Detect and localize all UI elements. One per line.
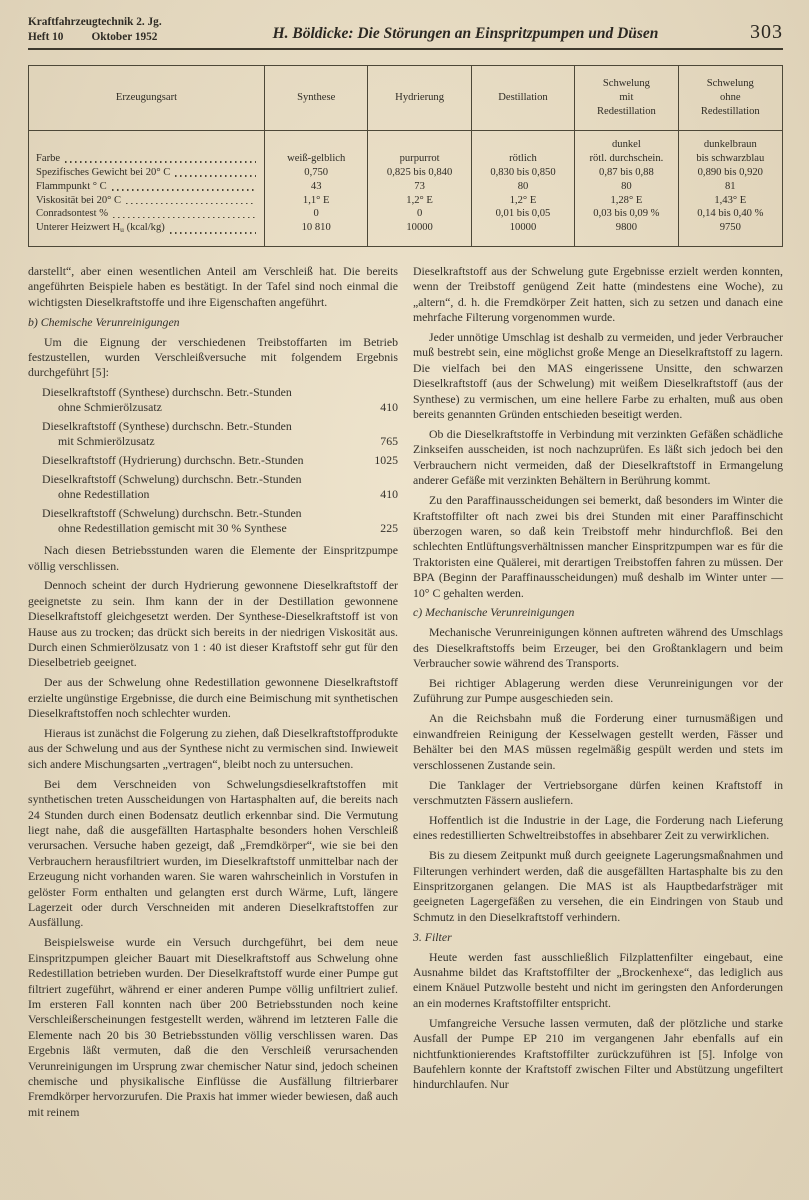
list-item-text: Dieselkraftstoff (Synthese) durchschn. B… xyxy=(28,419,372,449)
column-header-label: Hydrierung xyxy=(371,91,467,105)
wear-results-list: Dieselkraftstoff (Synthese) durchschn. B… xyxy=(28,385,398,536)
property-value: 80 xyxy=(575,180,678,194)
list-item-line: mit Schmierölzusatz xyxy=(28,434,372,449)
list-item-text: Dieselkraftstoff (Schwelung) durchschn. … xyxy=(28,472,372,502)
list-item: Dieselkraftstoff (Hydrierung) durchschn.… xyxy=(28,453,398,468)
column-header-label: ohne xyxy=(682,91,779,105)
page-number: 303 xyxy=(713,21,783,44)
property-label: Viskosität bei 20° C xyxy=(29,194,265,208)
paragraph: Zu den Paraffinausscheidungen sei bemerk… xyxy=(413,493,783,601)
property-value: dunkel xyxy=(575,131,678,152)
property-value: 9750 xyxy=(679,221,782,246)
paragraph: Hoffentlich ist die Industrie in der Lag… xyxy=(413,813,783,844)
list-item: Dieselkraftstoff (Schwelung) durchschn. … xyxy=(28,472,398,502)
property-label: Flammpunkt ° C xyxy=(29,180,265,194)
dot-leader xyxy=(65,161,256,163)
paragraph: Bis zu diesem Zeitpunkt muß durch geeign… xyxy=(413,848,783,925)
property-value: 0,750 xyxy=(265,166,368,180)
column-header: Schwelung mit Redestillation xyxy=(575,66,678,131)
property-value: rötl. durchschein. xyxy=(575,152,678,166)
paragraph: Mechanische Verunreinigungen können auft… xyxy=(413,625,783,671)
header-rule xyxy=(28,48,783,50)
column-header: Hydrierung xyxy=(368,66,471,131)
property-value: 10000 xyxy=(368,221,471,246)
property-value: 9800 xyxy=(575,221,678,246)
column-header-label: Schwelung xyxy=(578,77,674,91)
property-label-text: Conradsontest % xyxy=(36,207,108,221)
property-value: 0,825 bis 0,840 xyxy=(368,166,471,180)
right-column: Dieselkraftstoff aus der Schwelung gute … xyxy=(413,264,783,1125)
journal-name: Kraftfahrzeugtechnik 2. Jg. xyxy=(28,15,218,30)
property-value: 0,890 bis 0,920 xyxy=(679,166,782,180)
page-header: Kraftfahrzeugtechnik 2. Jg. Heft 10 Okto… xyxy=(28,15,783,44)
column-header: Erzeugungsart xyxy=(29,66,265,131)
journal-page: { "header": { "journal_line1": "Kraftfah… xyxy=(0,0,809,1200)
column-header-label: mit xyxy=(578,91,674,105)
property-label: Spezifisches Gewicht bei 20° C xyxy=(29,166,265,180)
label-part: (kcal/kg) xyxy=(124,222,165,233)
column-header: Synthese xyxy=(265,66,368,131)
property-value: 10000 xyxy=(472,221,575,246)
property-value xyxy=(472,131,575,152)
property-value: 0 xyxy=(265,207,368,221)
paragraph: Bei dem Verschneiden von Schwelungsdiese… xyxy=(28,777,398,931)
paragraph: Ob die Dieselkraftstoffe in Verbindung m… xyxy=(413,427,783,489)
list-item-value: 410 xyxy=(372,487,398,502)
property-label: Farbe xyxy=(29,152,265,166)
list-item-line: Dieselkraftstoff (Hydrierung) durchschn.… xyxy=(28,453,366,468)
property-value xyxy=(368,131,471,152)
journal-issue: Heft 10 Oktober 1952 xyxy=(28,30,218,45)
section-heading-filter: 3. Filter xyxy=(413,930,783,945)
list-item-text: Dieselkraftstoff (Synthese) durchschn. B… xyxy=(28,385,372,415)
column-header: Schwelung ohne Redestillation xyxy=(679,66,782,131)
issue-date: Oktober 1952 xyxy=(91,30,157,45)
paragraph: Beispielsweise wurde ein Versuch durchge… xyxy=(28,935,398,1120)
list-item: Dieselkraftstoff (Schwelung) durchschn. … xyxy=(28,506,398,536)
property-label xyxy=(29,131,265,152)
dot-leader xyxy=(126,203,256,205)
list-item-line: Dieselkraftstoff (Synthese) durchschn. B… xyxy=(28,385,372,400)
column-header-label: Schwelung xyxy=(682,77,779,91)
list-item-text: Dieselkraftstoff (Schwelung) durchschn. … xyxy=(28,506,372,536)
column-header-label: Synthese xyxy=(268,91,364,105)
property-value: 0,87 bis 0,88 xyxy=(575,166,678,180)
property-label: Unterer Heizwert Hu (kcal/kg) xyxy=(29,221,265,246)
list-item-line: ohne Redestillation xyxy=(28,487,372,502)
paragraph: Dieselkraftstoff aus der Schwelung gute … xyxy=(413,264,783,326)
list-item-line: Dieselkraftstoff (Synthese) durchschn. B… xyxy=(28,419,372,434)
paragraph: Hieraus ist zunächst die Folgerung zu zi… xyxy=(28,726,398,772)
property-label-text: Farbe xyxy=(36,152,60,166)
column-header-label: Redestillation xyxy=(682,105,779,119)
label-part: Unterer Heizwert H xyxy=(36,222,120,233)
journal-info: Kraftfahrzeugtechnik 2. Jg. Heft 10 Okto… xyxy=(28,15,218,44)
property-value: purpurrot xyxy=(368,152,471,166)
paragraph: Bei richtiger Ablagerung werden diese Ve… xyxy=(413,676,783,707)
paragraph: An die Reichsbahn muß die Forderung eine… xyxy=(413,711,783,773)
paragraph: Die Tanklager der Vertriebsorgane dürfen… xyxy=(413,778,783,809)
property-value: 80 xyxy=(472,180,575,194)
list-item-line: ohne Schmierölzusatz xyxy=(28,400,372,415)
list-item: Dieselkraftstoff (Synthese) durchschn. B… xyxy=(28,385,398,415)
property-value: 1,43° E xyxy=(679,194,782,208)
dot-leader xyxy=(170,232,256,234)
column-header: Destillation xyxy=(472,66,575,131)
property-label: Conradsontest % xyxy=(29,207,265,221)
property-label-text: Spezifisches Gewicht bei 20° C xyxy=(36,166,170,180)
property-value: 0 xyxy=(368,207,471,221)
property-value: 1,28° E xyxy=(575,194,678,208)
property-value: 73 xyxy=(368,180,471,194)
article-columns: darstellt“, aber einen wesentlichen Ante… xyxy=(28,264,783,1125)
property-value: 10 810 xyxy=(265,221,368,246)
property-value: bis schwarzblau xyxy=(679,152,782,166)
list-item-line: Dieselkraftstoff (Schwelung) durchschn. … xyxy=(28,506,372,521)
property-value: 0,03 bis 0,09 % xyxy=(575,207,678,221)
paragraph: Umfangreiche Versuche lassen vermuten, d… xyxy=(413,1016,783,1093)
property-value: 1,2° E xyxy=(472,194,575,208)
list-item-line: ohne Redestillation gemischt mit 30 % Sy… xyxy=(28,521,372,536)
list-item-text: Dieselkraftstoff (Hydrierung) durchschn.… xyxy=(28,453,366,468)
property-value: rötlich xyxy=(472,152,575,166)
section-heading-mechanische-verunreinigungen: c) Mechanische Verunreinigungen xyxy=(413,605,783,620)
paragraph: Der aus der Schwelung ohne Redestillatio… xyxy=(28,675,398,721)
paragraph: darstellt“, aber einen wesentlichen Ante… xyxy=(28,264,398,310)
property-value: 0,14 bis 0,40 % xyxy=(679,207,782,221)
left-column: darstellt“, aber einen wesentlichen Ante… xyxy=(28,264,398,1125)
property-label-text: Viskosität bei 20° C xyxy=(36,194,121,208)
column-header-label: Destillation xyxy=(475,91,571,105)
list-item-value: 225 xyxy=(372,521,398,536)
property-value: 43 xyxy=(265,180,368,194)
page-sheet: Kraftfahrzeugtechnik 2. Jg. Heft 10 Okto… xyxy=(0,0,809,1125)
property-label-text: Unterer Heizwert Hu (kcal/kg) xyxy=(36,221,165,237)
property-value: 1,1° E xyxy=(265,194,368,208)
column-header-label: Redestillation xyxy=(578,105,674,119)
list-item: Dieselkraftstoff (Synthese) durchschn. B… xyxy=(28,419,398,449)
list-item-value: 410 xyxy=(372,400,398,415)
property-value xyxy=(265,131,368,152)
paragraph: Heute werden fast ausschließlich Filzpla… xyxy=(413,950,783,1012)
issue-number: Heft 10 xyxy=(28,30,63,45)
dot-leader xyxy=(112,189,256,191)
property-value: weiß-gelblich xyxy=(265,152,368,166)
section-heading-chemische-verunreinigungen: b) Chemische Verunreinigungen xyxy=(28,315,398,330)
paragraph: Jeder unnötige Umschlag ist deshalb zu v… xyxy=(413,330,783,422)
dot-leader xyxy=(113,217,256,219)
dot-leader xyxy=(175,175,256,177)
list-item-line: Dieselkraftstoff (Schwelung) durchschn. … xyxy=(28,472,372,487)
property-value: 81 xyxy=(679,180,782,194)
property-value: dunkelbraun xyxy=(679,131,782,152)
property-value: 1,2° E xyxy=(368,194,471,208)
paragraph: Um die Eignung der verschiedenen Treibst… xyxy=(28,335,398,381)
paragraph: Dennoch scheint der durch Hydrierung gew… xyxy=(28,578,398,670)
list-item-value: 765 xyxy=(372,434,398,449)
property-label-text: Flammpunkt ° C xyxy=(36,180,107,194)
paragraph: Nach diesen Betriebsstunden waren die El… xyxy=(28,543,398,574)
fuel-properties-table: Erzeugungsart Synthese Hydrierung Destil… xyxy=(28,65,783,247)
list-item-value: 1025 xyxy=(366,453,398,468)
article-title: H. Böldicke: Die Störungen an Einspritzp… xyxy=(218,25,713,44)
property-value: 0,01 bis 0,05 xyxy=(472,207,575,221)
column-header-label: Erzeugungsart xyxy=(32,91,261,105)
property-value: 0,830 bis 0,850 xyxy=(472,166,575,180)
